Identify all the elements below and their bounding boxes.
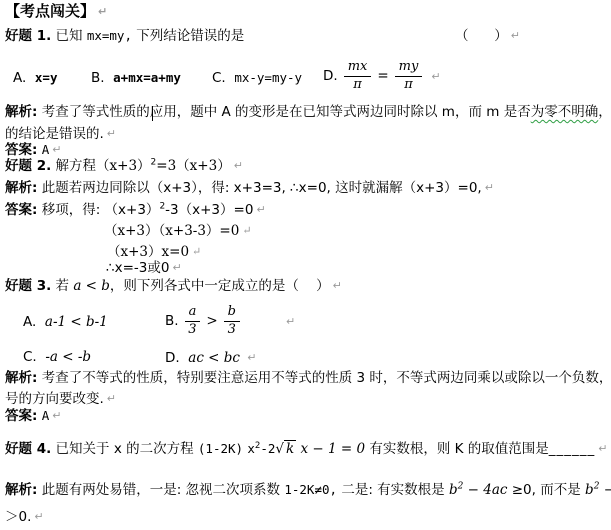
fraction-numerator: mx <box>344 60 372 77</box>
answer-label: 答案: <box>5 408 37 424</box>
discriminant-expression: b2 − 4ac <box>585 482 611 498</box>
option-a-text: a-1 < b-1 <box>45 314 108 330</box>
problem3-question-pre: 若 <box>56 278 70 294</box>
problem2-analysis: 解析: 此题若两边同除以（x+3），得: x+3=3, ∴x=0, 这时就漏解（… <box>5 179 494 197</box>
option-c-label: C. <box>212 70 226 86</box>
problem3-analysis-line1: 解析: 考查了不等式的性质，特别要注意运用不等式的性质 3 时，不等式两边同乘以… <box>5 370 611 387</box>
paragraph-mark-icon: ↵ <box>192 245 201 258</box>
option-a-text: x=y <box>35 70 58 85</box>
analysis-text: 此题若两边同除以（x+3），得: x+3=3, ∴x=0, 这时就漏解（x+3）… <box>42 180 482 196</box>
spellcheck-flagged-text: 为零不明确 <box>531 104 599 120</box>
problem2-answer-step1: 答案: 移项，得: （x+3）2-3（x+3）=0↵ <box>5 201 266 219</box>
paragraph-mark-icon: ↵ <box>234 159 243 172</box>
problem4-equation-tail: x − 1 = 0 <box>300 441 365 457</box>
analysis-text: 考查了等式性质的应用，题中 A 的变形是在已知等式两边同时除以 m，而 m 是否 <box>42 104 531 120</box>
radicand-k: k <box>284 440 296 457</box>
paragraph-mark-icon: ↵ <box>247 351 256 364</box>
analysis-text: 考查了不等式的性质，特别要注意运用不等式的性质 3 时，不等式两边同乘以或除以一… <box>42 370 611 386</box>
analysis-math-mono: 1-2K≠0, <box>284 482 337 497</box>
fraction-mx-over-pi: mx π <box>344 60 372 93</box>
option-d-text: ac < bc <box>188 350 240 366</box>
greater-than-sign: > <box>206 313 217 330</box>
problem4-question: 好题 4. 已知关于 x 的二次方程 (1-2K) x2-2√k x − 1 =… <box>5 440 608 458</box>
analysis-label: 解析: <box>5 180 37 196</box>
option-c: C. -a < -b <box>23 349 91 366</box>
problem2-answer-step2: （x+3）（x+3-3）=0↵ <box>104 222 252 240</box>
answer-step-text: 移项，得: （x+3） <box>42 202 160 218</box>
answer-label: 答案: <box>5 202 37 218</box>
paragraph-mark-icon: ↵ <box>431 68 440 85</box>
section-title: 【考点闯关】↵ <box>5 3 107 20</box>
option-c: C. mx-y=my-y <box>212 69 302 87</box>
radical-sign: √ <box>275 441 284 457</box>
problem1-question-pre: 已知 <box>56 28 83 44</box>
paragraph-mark-icon: ↵ <box>107 127 116 140</box>
option-d: D. mx π = my π ↵ <box>323 56 441 96</box>
answer-step-text: ∴x=-3或0 <box>106 260 169 276</box>
document-page: 【考点闯关】↵ 好题 1. 已知 mx=my, 下列结论错误的是 （ ）↵ A.… <box>0 0 611 530</box>
problem4-question-rest: 有实数根，则 K 的取值范围是 <box>369 441 548 457</box>
option-b: B. a 3 > b 3 ↵ <box>165 301 295 341</box>
paragraph-mark-icon: ↵ <box>172 261 181 274</box>
answer-value: A <box>42 408 50 423</box>
problem3-answer: 答案: A↵ <box>5 407 61 425</box>
answer-step-text: （x+3）x=0 <box>107 244 189 260</box>
fraction-my-over-pi: my π <box>395 60 423 93</box>
section-title-text: 【考点闯关】 <box>5 2 95 20</box>
answer-label: 答案: <box>5 142 37 158</box>
problem4-x-squared: x2-2 <box>247 441 275 456</box>
problem3-label: 好题 3. <box>5 278 51 294</box>
option-d-label: D. <box>323 68 338 85</box>
problem1-options: A. x=y B. a+mx=a+my C. mx-y=my-y D. mx π… <box>5 56 611 96</box>
problem1-question-rest: 下列结论错误的是 <box>136 28 244 44</box>
problem2-label: 好题 2. <box>5 158 51 174</box>
option-c-text: mx-y=my-y <box>234 70 302 85</box>
discriminant-rest: − 4ac <box>463 482 507 498</box>
answer-step-text: （x+3）（x+3-3）=0 <box>104 223 239 239</box>
paragraph-mark-icon: ↵ <box>34 510 43 523</box>
variable-b: b <box>449 482 458 498</box>
option-a: A. x=y <box>13 69 57 87</box>
problem2-equation-rest: =3（x+3） <box>156 158 230 174</box>
fraction-numerator: a <box>185 305 201 322</box>
paragraph-mark-icon: ↵ <box>333 279 342 292</box>
equals-sign: = <box>377 68 388 85</box>
answer-step-text: -3（x+3）=0 <box>165 202 253 218</box>
option-a-label: A. <box>23 314 36 330</box>
analysis-text: ＞0. <box>5 509 31 525</box>
paragraph-mark-icon: ↵ <box>485 181 494 194</box>
problem4-analysis-line2: ＞0.↵ <box>5 508 44 526</box>
option-c-label: C. <box>23 349 37 365</box>
minus-2: -2 <box>260 441 275 456</box>
paragraph-mark-icon: ↵ <box>242 224 251 237</box>
problem1-label: 好题 1. <box>5 28 51 44</box>
analysis-text: 的结论是错误的. <box>5 126 104 142</box>
square-root-expression: √k <box>275 440 296 457</box>
problem3-question: 好题 3. 若 a < b，则下列各式中一定成立的是（ ）↵ <box>5 277 342 295</box>
analysis-text: ≥0, 而不是 <box>507 482 580 498</box>
paragraph-mark-icon: ↵ <box>107 392 116 405</box>
option-d-label: D. <box>165 350 180 366</box>
fraction-denominator: 3 <box>224 322 240 338</box>
analysis-label: 解析: <box>5 482 37 498</box>
paragraph-mark-icon: ↵ <box>256 203 265 216</box>
fraction-denominator: π <box>395 77 423 93</box>
paragraph-mark-icon: ↵ <box>98 5 107 18</box>
fraction-b-over-3: b 3 <box>224 305 240 338</box>
problem2-question: 好题 2. 解方程（x+3）2=3（x+3）↵ <box>5 157 243 175</box>
variable-x: x <box>247 441 255 456</box>
analysis-label: 解析: <box>5 104 37 120</box>
option-a: A. a-1 < b-1 <box>23 314 108 331</box>
problem3-question-math: a < b <box>73 278 110 294</box>
discriminant-expression: b2 − 4ac <box>449 482 507 498</box>
problem1-answer-brackets: （ ）↵ <box>455 27 520 45</box>
option-c-text: -a < -b <box>45 349 91 365</box>
variable-b: b <box>585 482 594 498</box>
fraction-numerator: b <box>224 305 240 322</box>
analysis-text: ，所以 A <box>598 104 611 120</box>
answer-brackets-text: （ ） <box>455 28 508 44</box>
problem1-analysis-line1: 解析: 考查了等式性质的应用，题中 A 的变形是在已知等式两边同时除以 m，而 … <box>5 104 611 121</box>
analysis-text: 号的方向要改变. <box>5 391 104 407</box>
fraction-denominator: 3 <box>185 322 201 338</box>
paragraph-mark-icon: ↵ <box>52 409 61 422</box>
problem4-analysis-line1: 解析: 此题有两处易错，一是: 忽视二次项系数 1-2K≠0, 二是: 有实数根… <box>5 481 611 499</box>
problem1-question-math: mx=my, <box>87 28 132 43</box>
problem4-label: 好题 4. <box>5 441 51 457</box>
problem4-coefficient: (1-2K) <box>198 441 243 456</box>
problem3-options-row1: A. a-1 < b-1 B. a 3 > b 3 ↵ <box>5 301 611 341</box>
option-b: B. a+mx=a+my <box>91 69 181 87</box>
problem2-answer-step4: ∴x=-3或0↵ <box>106 259 182 277</box>
option-a-label: A. <box>13 70 26 86</box>
problem1-question: 好题 1. 已知 mx=my, 下列结论错误的是 （ ）↵ <box>5 27 611 45</box>
discriminant-rest: − 4ac <box>599 482 611 498</box>
fill-in-blank: ______ <box>549 441 596 457</box>
fraction-denominator: π <box>344 77 372 93</box>
answer-value: A <box>42 142 50 157</box>
fraction-a-over-3: a 3 <box>185 305 201 338</box>
option-b-label: B. <box>91 70 105 86</box>
option-b-text: a+mx=a+my <box>113 70 181 85</box>
option-d: D. ac < bc ↵ <box>165 349 257 367</box>
paragraph-mark-icon: ↵ <box>511 29 520 42</box>
problem3-analysis-line2: 号的方向要改变.↵ <box>5 390 116 408</box>
analysis-text: 二是: 有实数根是 <box>341 482 444 498</box>
option-b-label: B. <box>165 313 179 330</box>
paragraph-mark-icon: ↵ <box>52 143 61 156</box>
paragraph-mark-icon: ↵ <box>286 313 295 330</box>
problem4-question-pre: 已知关于 x 的二次方程 <box>56 441 194 457</box>
analysis-label: 解析: <box>5 370 37 386</box>
problem2-equation-pre: 解方程（x+3） <box>56 158 151 174</box>
paragraph-mark-icon: ↵ <box>598 442 607 455</box>
fraction-numerator: my <box>395 60 423 77</box>
problem3-question-rest: ，则下列各式中一定成立的是（ ） <box>110 278 330 294</box>
text-cursor[interactable] <box>152 106 153 121</box>
analysis-text: 此题有两处易错，一是: 忽视二次项系数 <box>42 482 280 498</box>
